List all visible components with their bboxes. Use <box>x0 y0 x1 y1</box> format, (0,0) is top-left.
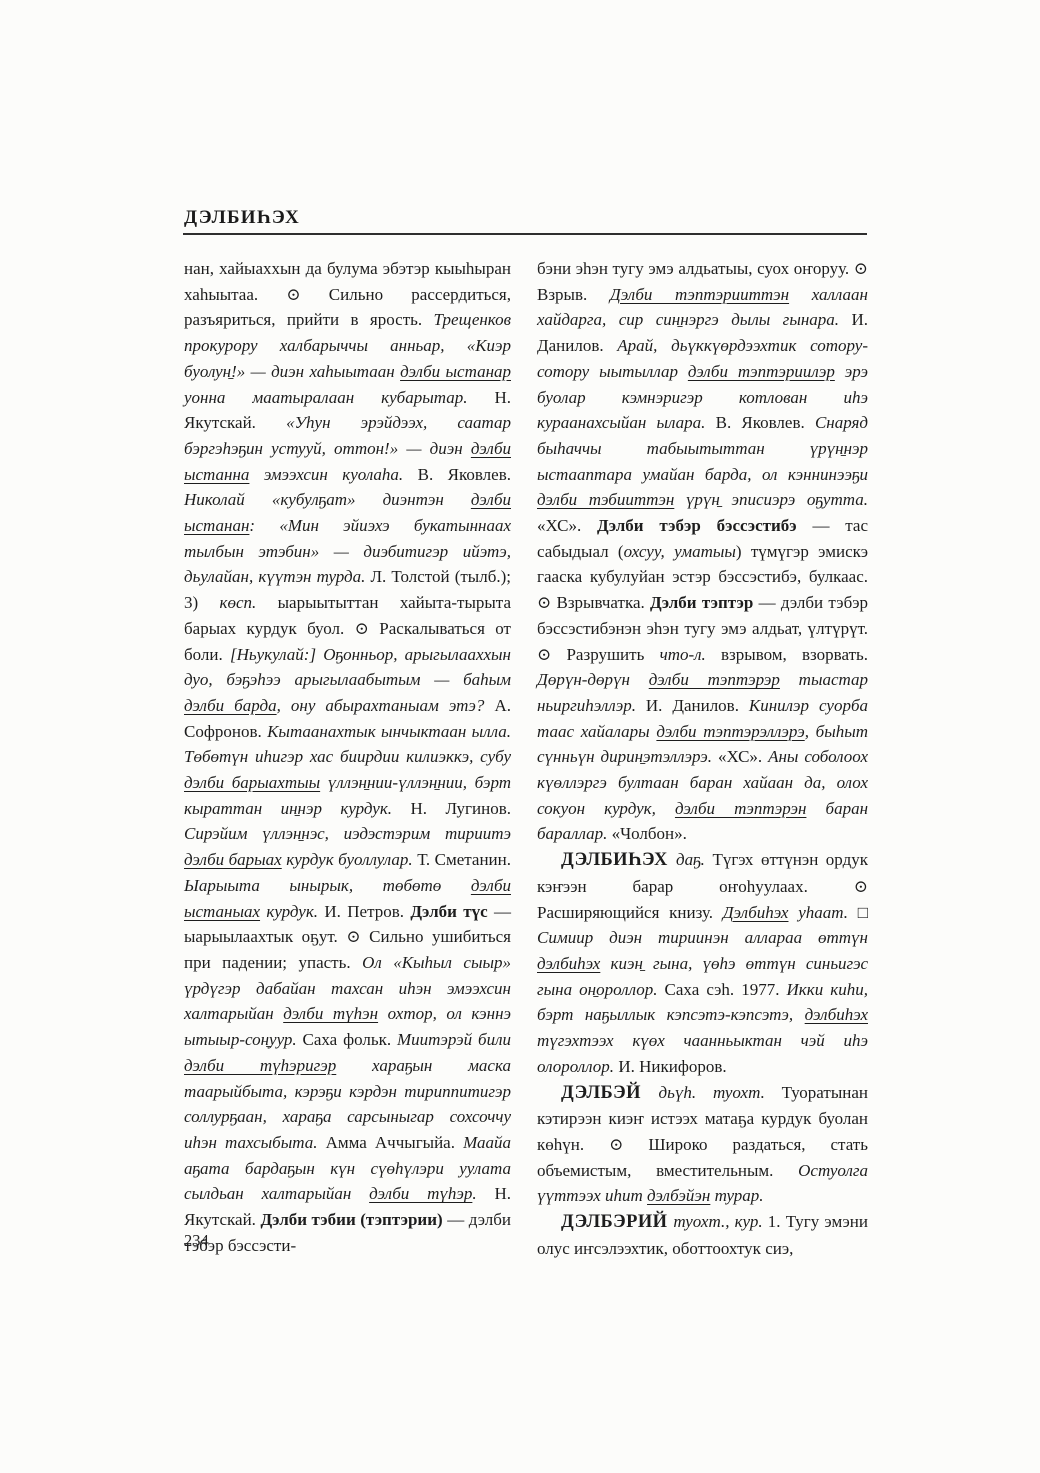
text-segment: туохт., кур. <box>673 1212 767 1231</box>
text-segment: , ону абырахтаныам этэ? <box>277 696 495 715</box>
paragraph: ДЭЛБЭЙ дьүһ. туохт. Туоратынан кэтирээн … <box>537 1080 868 1210</box>
text-segment: Дэлби тэбэр бэссэстибэ <box>597 516 797 535</box>
text-segment: Саха сэһ. 1977. <box>665 980 787 999</box>
text-segment: [Ньукулай:] Оҕонньор, арыгылааххын дуо, … <box>184 645 511 690</box>
entry-headword: ДЭЛБЭРИЙ <box>561 1212 673 1232</box>
text-segment: Амма Аччыгыйа. <box>326 1133 464 1152</box>
text-segment: Саха фольк. <box>303 1030 397 1049</box>
text-segment: «ХС». <box>718 747 768 766</box>
text-segment: Дэлби тэбии (тэптэрии) <box>260 1210 442 1229</box>
text-segment: В. Яковлев. <box>716 413 815 432</box>
text-segment: Симиир диэн тириинэн аллараа өттүн <box>537 928 868 947</box>
text-segment: курдук. <box>260 902 324 921</box>
text-segment: В. Яковлев. <box>418 465 511 484</box>
text-segment: Ыарыыта ынырык, төбөтө <box>184 876 471 895</box>
text-segment: И. Данилов. <box>646 696 749 715</box>
header-rule <box>183 233 867 235</box>
text-segment: дэлби түһэригэр <box>184 1056 336 1075</box>
text-segment: көсп. <box>220 593 278 612</box>
text-segment: курдук буоллулар. <box>282 850 417 869</box>
text-segment: даҕ. <box>676 850 712 869</box>
text-column-right: бэни эһэн тугу эмэ алдьатыы, суох оҥоруу… <box>537 256 868 1261</box>
text-segment: Дэлбиһэх <box>723 903 789 922</box>
text-segment: взрывом, взорвать. <box>706 645 868 664</box>
entry-headword: ДЭЛБИҺЭХ <box>561 850 676 870</box>
text-segment: турар. <box>710 1186 763 1205</box>
text-column-left: нан, хайыаххын да булума эбэтэр кыыһыран… <box>184 256 511 1258</box>
text-segment: И. Никифоров. <box>618 1057 726 1076</box>
text-segment: уонна маатыралаан кубарытар. <box>184 388 494 407</box>
text-segment: дэлбэйэн <box>647 1186 710 1205</box>
paragraph: ДЭЛБИҺЭХ даҕ. Түгэх өттүнэн ордук кэҥээн… <box>537 847 868 1079</box>
paragraph: бэни эһэн тугу эмэ алдьатыы, суох оҥоруу… <box>537 256 868 847</box>
text-segment: . <box>472 1184 494 1203</box>
text-segment: что-л. <box>660 645 706 664</box>
text-segment: Дэлби тэптэр <box>650 593 753 612</box>
text-segment: дэлби ыстанар <box>400 362 511 381</box>
text-segment: Дөрүн-дөрүн <box>537 670 649 689</box>
text-segment: Т. Сметанин. <box>417 850 511 869</box>
text-segment: дэлби түһэн <box>283 1004 378 1023</box>
text-segment: «ХС». <box>537 516 597 535</box>
text-segment: дэлбиһэх <box>805 1005 868 1024</box>
text-segment: дэлби тэптэрэллэрэ <box>656 722 804 741</box>
text-segment: Дэлби тэптэрииттэн <box>610 285 789 304</box>
text-segment: дэлби барыах <box>184 850 282 869</box>
text-segment: дэлби тэбииттэн <box>537 490 674 509</box>
text-segment: эмээхсин куолаһа. <box>249 465 417 484</box>
text-segment: дэлби барда <box>184 696 277 715</box>
text-segment: Н. Лугинов. <box>410 799 511 818</box>
text-segment: дьүһ. туохт. <box>659 1083 782 1102</box>
text-segment: Дэлби түс <box>410 902 487 921</box>
text-segment: уһаат. <box>788 903 857 922</box>
text-segment: И. Петров. <box>324 902 410 921</box>
paragraph: нан, хайыаххын да булума эбэтэр кыыһыран… <box>184 256 511 1258</box>
text-segment: дэлби тэптэрэн <box>675 799 806 818</box>
entry-headword: ДЭЛБЭЙ <box>561 1083 659 1103</box>
text-segment: дэлби түһэр <box>369 1184 472 1203</box>
text-segment: дэлби тэптэриилэр <box>688 362 835 381</box>
text-segment: Сирэйим үллэн̱нэс, иэдэстэрим тириитэ <box>184 824 511 843</box>
text-segment: дэлбиһэх <box>537 954 600 973</box>
text-segment: дэлби тэптэрэр <box>649 670 780 689</box>
page-number: 234 <box>184 1231 209 1251</box>
paragraph: ДЭЛБЭРИЙ туохт., кур. 1. Тугу эмэни олус… <box>537 1209 868 1261</box>
text-segment: Николай «кубулҕат» диэнтэн <box>184 490 471 509</box>
dictionary-page: ДЭЛБИҺЭХ нан, хайыаххын да булума эбэтэр… <box>0 0 1040 1473</box>
text-segment: «Чолбон». <box>612 824 687 843</box>
text-segment: үрүн̱ эписиэрэ оҕутта. <box>674 490 868 509</box>
text-segment: дэлби барыахтыы <box>184 773 320 792</box>
text-segment: охсуу, уматыы <box>624 542 736 561</box>
text-segment: Миитэрэй били <box>397 1030 511 1049</box>
running-head: ДЭЛБИҺЭХ <box>184 207 300 229</box>
text-segment: □ <box>858 903 868 922</box>
